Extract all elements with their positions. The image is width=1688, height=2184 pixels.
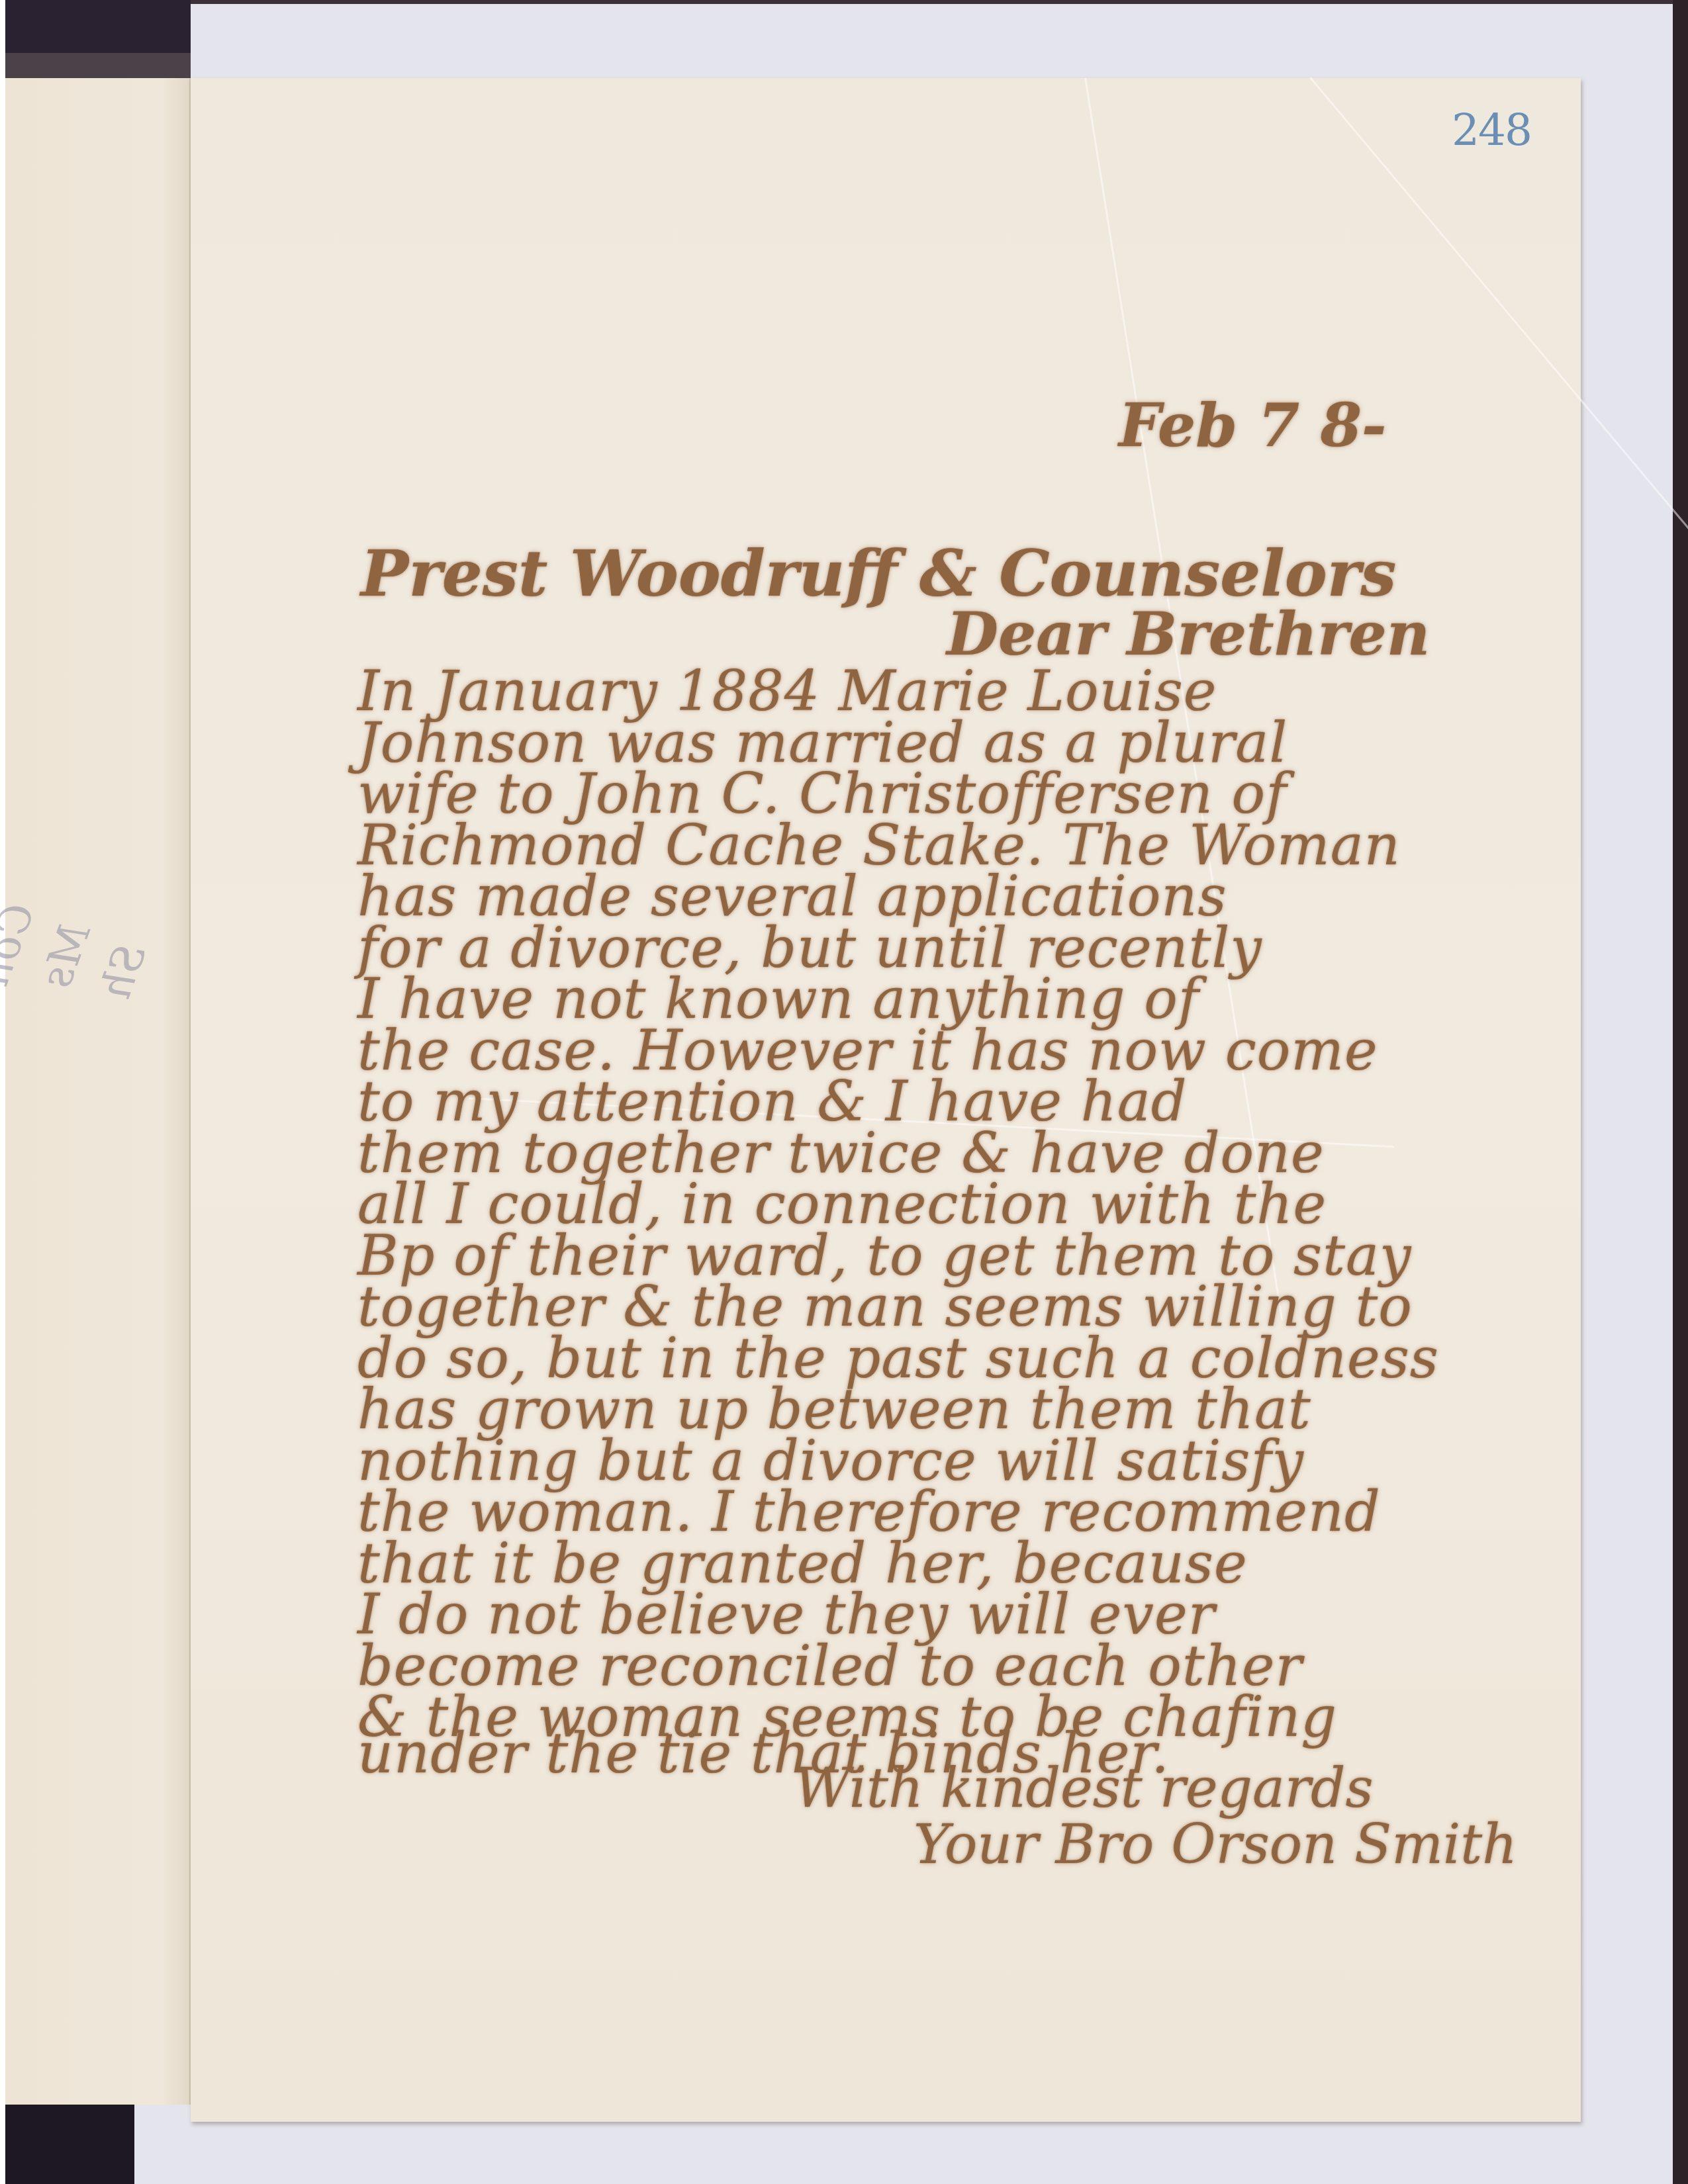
archive-page-number-stamp: 248	[1452, 105, 1531, 156]
book-binding-bottom-left	[5, 2103, 134, 2184]
letter-closing: With kindest regards	[794, 1757, 1374, 1820]
binding-clasp	[5, 53, 191, 78]
letter-date: Feb 7 8-	[1119, 390, 1386, 461]
facing-page-strip: Pr Leo Str Con Ms Sh	[5, 78, 191, 2105]
scan-margin	[0, 0, 5, 2184]
letter-signature: Your Bro Orson Smith	[914, 1813, 1517, 1876]
book-binding-right-edge	[1673, 0, 1688, 2184]
book-binding-top-strip	[191, 0, 1673, 4]
book-binding-top-left	[5, 0, 191, 78]
